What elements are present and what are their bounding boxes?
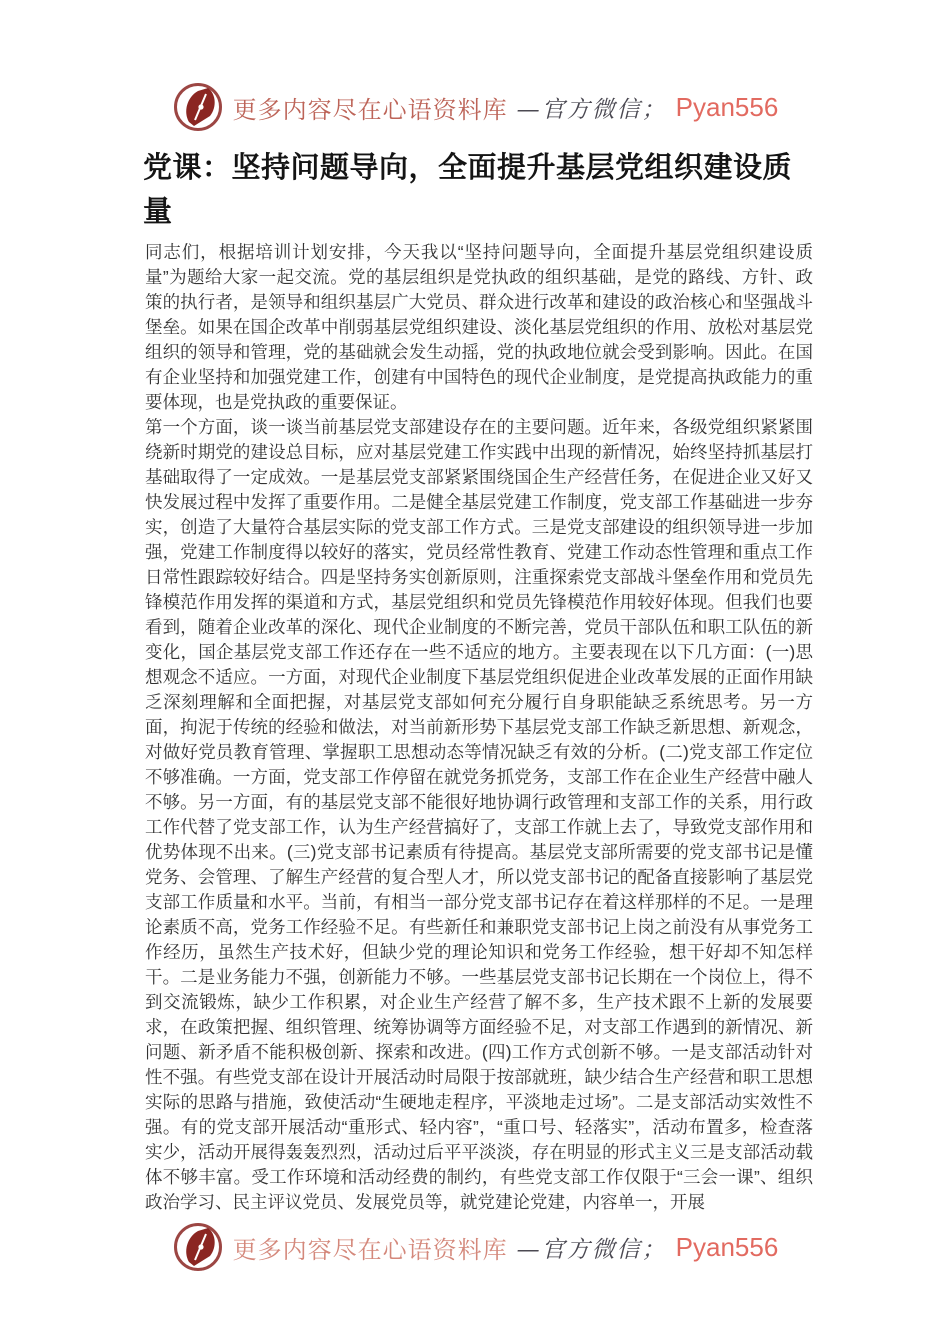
pen-nib-logo-icon — [172, 1221, 224, 1273]
paragraph-section-one: 第一个方面，谈一谈当前基层党支部建设存在的主要问题。近年来，各级党组织紧紧围绕新… — [145, 415, 813, 1215]
wechat-id: Pyan556 — [676, 1232, 779, 1263]
page-title: 党课：坚持问题导向，全面提升基层党组织建设质量 — [143, 146, 815, 234]
watermark-wechat-label: —官方微信； — [517, 1231, 667, 1264]
paragraph-intro: 同志们，根据培训计划安排，今天我以“坚持问题导向，全面提升基层党组织建设质量”为… — [145, 240, 813, 415]
document-page: 更多内容尽在心语资料库 —官方微信； Pyan556 党课：坚持问题导向，全面提… — [0, 0, 950, 1344]
article-body: 同志们，根据培训计划安排，今天我以“坚持问题导向，全面提升基层党组织建设质量”为… — [145, 240, 813, 1215]
watermark-text: 更多内容尽在心语资料库 — [233, 1230, 508, 1265]
footer-watermark: 更多内容尽在心语资料库 —官方微信； Pyan556 — [0, 1218, 950, 1276]
header-watermark: 更多内容尽在心语资料库 —官方微信； Pyan556 — [0, 78, 950, 136]
pen-nib-logo-icon — [172, 81, 224, 133]
watermark-wechat-label: —官方微信； — [517, 91, 667, 124]
watermark-text: 更多内容尽在心语资料库 — [233, 90, 508, 125]
wechat-id: Pyan556 — [676, 92, 779, 123]
